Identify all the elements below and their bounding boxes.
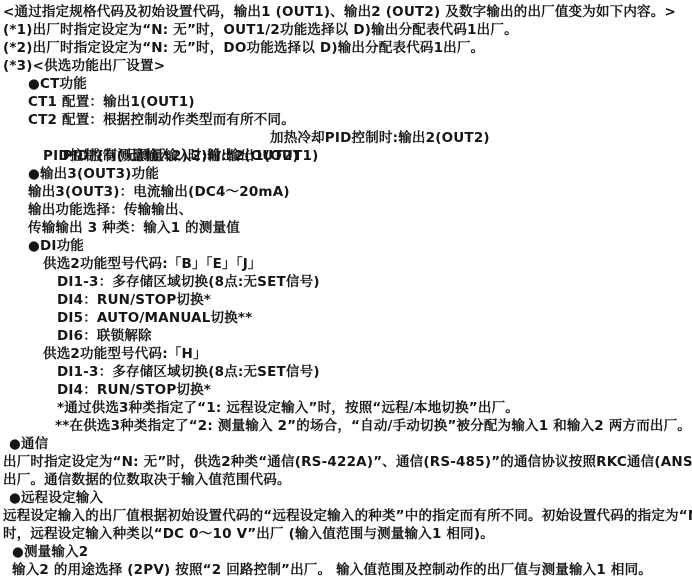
footnote-single-star: *通过供选3种类指定了“1: 远程设定输入”时，按照“远程/本地切换”出厂。 [0,399,692,417]
option2-code-bej-line: 供选2功能型号代码:「B」「E」「J」 [0,255,692,273]
section-heading-input2: ●测量输入2 [0,543,692,561]
section-heading-comm: ●通信 [0,435,692,453]
section-heading-ct: ●CT功能 [0,75,692,93]
ct1-config-line: CT1 配置：输出1(OUT1) [0,93,692,111]
di4-line: DI4：RUN/STOP切换* [0,291,692,309]
section-heading-remote-set: ●远程设定输入 [0,489,692,507]
section-heading-di: ●DI功能 [0,237,692,255]
di1-3-line: DI1-3：多存储区域切换(8点:无SET信号) [0,273,692,291]
comm-paragraph-line2: 出厂。通信数据的位数取决于输入值范围代码。 [0,471,692,489]
ct2-config-line: CT2 配置：根据控制动作类型而有所不同。 [0,111,692,129]
option2-code-h-line: 供选2功能型号代码:「H」 [0,345,692,363]
document-page: <通过指定规格代码及初始设置代码，输出1 (OUT1)、输出2 (OUT2) 及… [0,0,692,583]
di5-line: DI5：AUTO/MANUAL切换** [0,309,692,327]
heatcool-pid-label: 加热冷却PID控制时:输出2(OUT2) [270,129,490,147]
pid-with-input2-line: PID控制(有测量输入2)时:输出2(OUT2) [0,147,692,165]
footnote-star2: (*2)出厂时指定设定为“N: 无”时，DO功能选择以 D)输出分配表代码1出厂… [0,39,692,57]
di6-line: DI6：联锁解除 [0,327,692,345]
out3-current-output-line: 输出3(OUT3)：电流输出(DC4～20mA) [0,183,692,201]
remote-set-paragraph-line2: 时，远程设定输入种类以“DC 0～10 V”出厂 (输入值范围与测量输入1 相同… [0,525,692,543]
doc-title-line: <通过指定规格代码及初始设置代码，输出1 (OUT1)、输出2 (OUT2) 及… [0,3,692,21]
footnote-star1: (*1)出厂时指定设定为“N: 无”时，OUT1/2功能选择以 D)输出分配表代… [0,21,692,39]
pid-control-line: PID控制(无测量输入2)时:输出1(OUT1) 加热冷却PID控制时:输出2(… [0,129,692,147]
di1-3-line-h: DI1-3：多存储区域切换(8点:无SET信号) [0,363,692,381]
section-heading-out3: ●输出3(OUT3)功能 [0,165,692,183]
footnote-star3-heading: (*3)<供选功能出厂设置> [0,57,692,75]
footnote-double-star: **在供选3种类指定了“2: 测量输入 2”的场合，“自动/手动切换”被分配为输… [0,417,692,435]
output-function-line: 输出功能选择：传输输出、 [0,201,692,219]
remote-set-paragraph-line1: 远程设定输入的出厂值根据初始设置代码的“远程设定输入的种类”中的指定而有所不同。… [0,507,692,525]
input2-paragraph-line: 输入2 的用途选择 (2PV) 按照“2 回路控制”出厂。 输入值范围及控制动作… [0,561,692,579]
transmission-output-line: 传输输出 3 种类：输入1 的测量值 [0,219,692,237]
di4-line-h: DI4：RUN/STOP切换* [0,381,692,399]
comm-paragraph-line1: 出厂时指定设定为“N: 无”时，供选2种类“通信(RS-422A)”、通信(RS… [0,453,692,471]
